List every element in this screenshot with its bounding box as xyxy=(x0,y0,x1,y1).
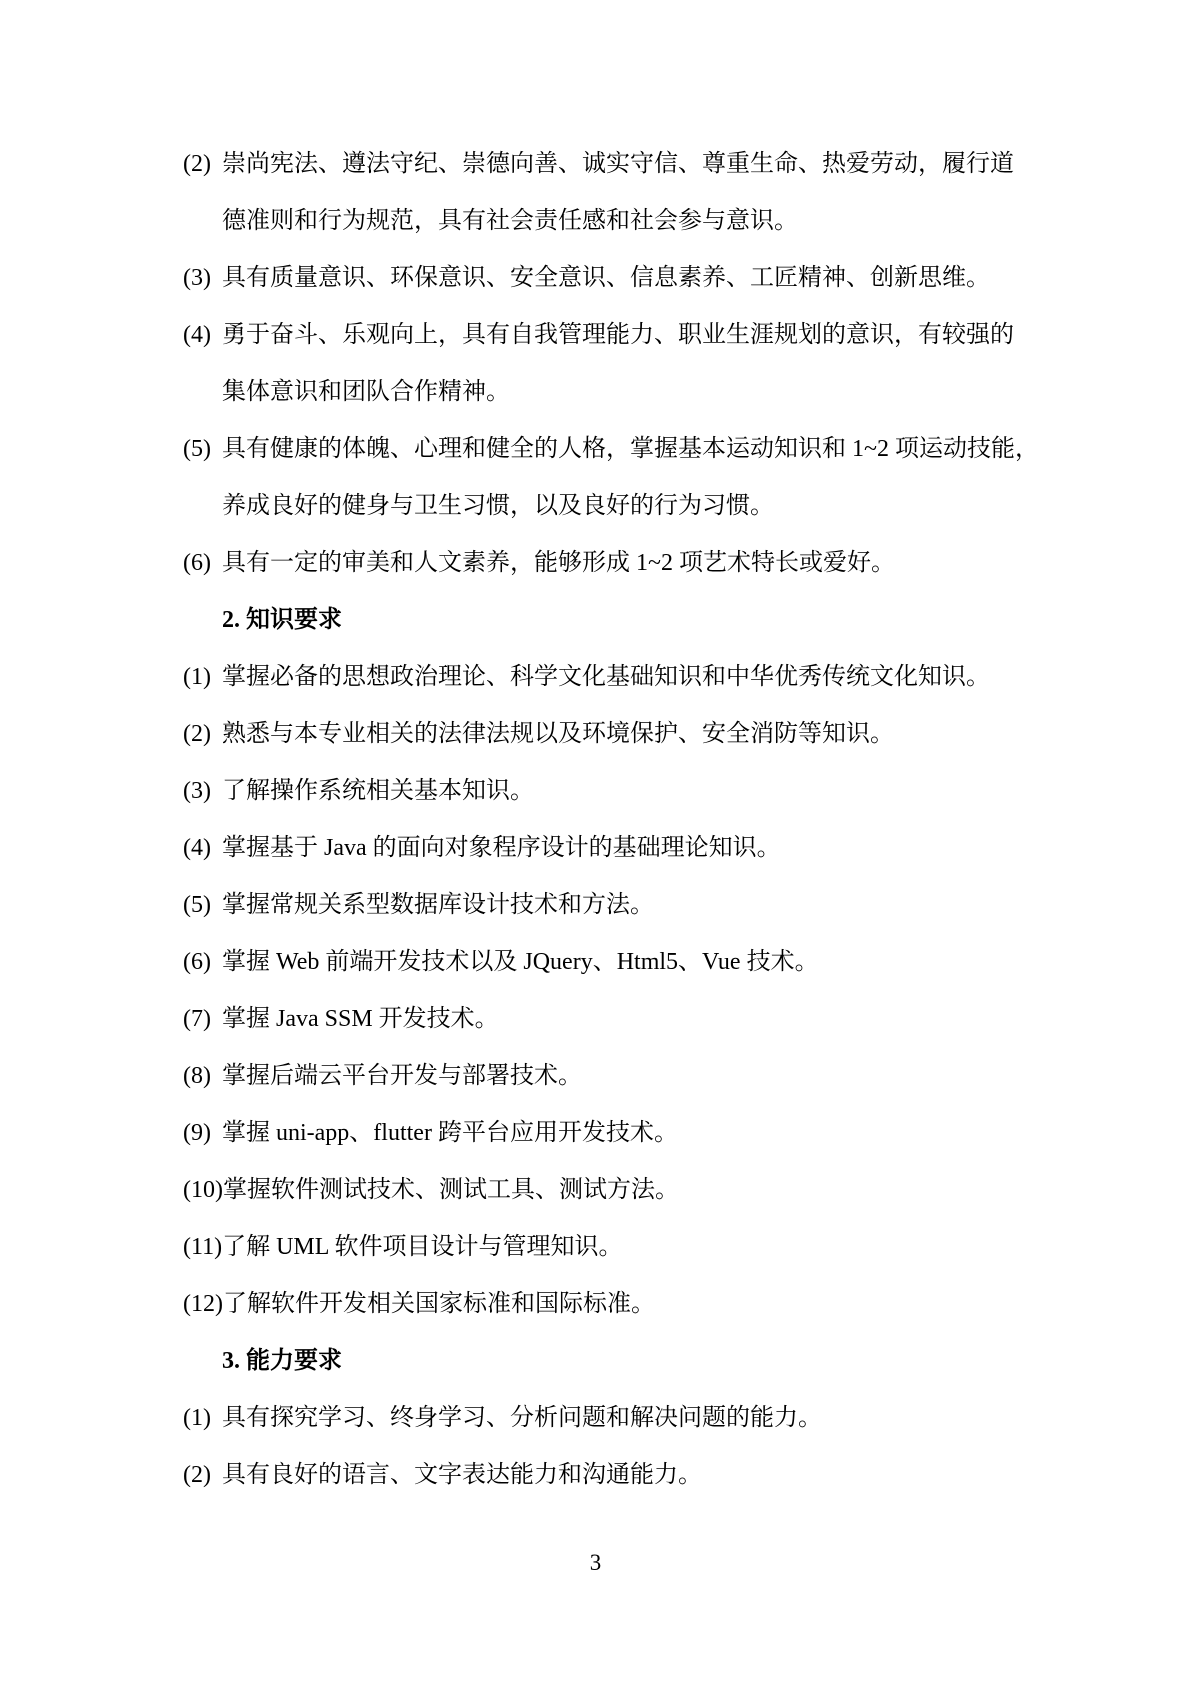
item-number: (2) xyxy=(183,706,222,763)
document-page: (2)崇尚宪法、遵法守纪、崇德向善、诚实守信、尊重生命、热爱劳动，履行道 德准则… xyxy=(0,0,1191,1684)
section-heading: 3. 能力要求 xyxy=(183,1333,1010,1390)
list-item: (6)具有一定的审美和人文素养，能够形成 1~2 项艺术特长或爱好。 xyxy=(183,535,1010,592)
item-number: (2) xyxy=(183,136,222,193)
item-text: 掌握 Java SSM 开发技术。 xyxy=(222,1006,499,1032)
list-item: (2)熟悉与本专业相关的法律法规以及环境保护、安全消防等知识。 xyxy=(183,706,1010,763)
item-number: (2) xyxy=(183,1447,222,1504)
item-number: (5) xyxy=(183,421,222,478)
list-item: (3)具有质量意识、环保意识、安全意识、信息素养、工匠精神、创新思维。 xyxy=(183,250,1010,307)
list-item: (6)掌握 Web 前端开发技术以及 JQuery、Html5、Vue 技术。 xyxy=(183,934,1010,991)
section: (2)崇尚宪法、遵法守纪、崇德向善、诚实守信、尊重生命、热爱劳动，履行道 德准则… xyxy=(183,136,1010,592)
document-content: (2)崇尚宪法、遵法守纪、崇德向善、诚实守信、尊重生命、热爱劳动，履行道 德准则… xyxy=(183,136,1010,1504)
list-item: (5)掌握常规关系型数据库设计技术和方法。 xyxy=(183,877,1010,934)
list-item: (10)掌握软件测试技术、测试工具、测试方法。 xyxy=(183,1162,1010,1219)
item-text: 掌握后端云平台开发与部署技术。 xyxy=(222,1063,582,1089)
section: 2. 知识要求 (1)掌握必备的思想政治理论、科学文化基础知识和中华优秀传统文化… xyxy=(183,592,1010,1333)
list-item: (2)崇尚宪法、遵法守纪、崇德向善、诚实守信、尊重生命、热爱劳动，履行道 德准则… xyxy=(183,136,1010,250)
list-item: (1)掌握必备的思想政治理论、科学文化基础知识和中华优秀传统文化知识。 xyxy=(183,649,1010,706)
item-text: 掌握常规关系型数据库设计技术和方法。 xyxy=(222,892,654,918)
item-text: 熟悉与本专业相关的法律法规以及环境保护、安全消防等知识。 xyxy=(222,721,894,747)
item-line: (11)了解 UML 软件项目设计与管理知识。 xyxy=(183,1219,1010,1276)
item-line: (4)勇于奋斗、乐观向上，具有自我管理能力、职业生涯规划的意识，有较强的 xyxy=(183,307,1010,364)
item-number: (3) xyxy=(183,250,222,307)
item-number: (9) xyxy=(183,1105,222,1162)
item-line: (5)具有健康的体魄、心理和健全的人格，掌握基本运动知识和 1~2 项运动技能， xyxy=(183,421,1010,478)
item-line: (7)掌握 Java SSM 开发技术。 xyxy=(183,991,1010,1048)
item-line: (6)具有一定的审美和人文素养，能够形成 1~2 项艺术特长或爱好。 xyxy=(183,535,1010,592)
item-number: (4) xyxy=(183,820,222,877)
item-line: (2)熟悉与本专业相关的法律法规以及环境保护、安全消防等知识。 xyxy=(183,706,1010,763)
item-line: (6)掌握 Web 前端开发技术以及 JQuery、Html5、Vue 技术。 xyxy=(183,934,1010,991)
item-line: (4)掌握基于 Java 的面向对象程序设计的基础理论知识。 xyxy=(183,820,1010,877)
list-item: (9)掌握 uni-app、flutter 跨平台应用开发技术。 xyxy=(183,1105,1010,1162)
item-line: 德准则和行为规范，具有社会责任感和社会参与意识。 xyxy=(183,193,1010,250)
item-text: 了解软件开发相关国家标准和国际标准。 xyxy=(223,1291,655,1317)
item-text: 具有探究学习、终身学习、分析问题和解决问题的能力。 xyxy=(222,1405,822,1431)
item-line: (2)崇尚宪法、遵法守纪、崇德向善、诚实守信、尊重生命、热爱劳动，履行道 xyxy=(183,136,1010,193)
list-item: (7)掌握 Java SSM 开发技术。 xyxy=(183,991,1010,1048)
item-text: 具有健康的体魄、心理和健全的人格，掌握基本运动知识和 1~2 项运动技能， xyxy=(222,436,1039,462)
item-text: 了解 UML 软件项目设计与管理知识。 xyxy=(222,1234,622,1260)
item-text: 掌握软件测试技术、测试工具、测试方法。 xyxy=(223,1177,679,1203)
item-number: (7) xyxy=(183,991,222,1048)
list-item: (5)具有健康的体魄、心理和健全的人格，掌握基本运动知识和 1~2 项运动技能，… xyxy=(183,421,1010,535)
item-line: (5)掌握常规关系型数据库设计技术和方法。 xyxy=(183,877,1010,934)
item-number: (12) xyxy=(183,1276,223,1333)
item-line: (1)具有探究学习、终身学习、分析问题和解决问题的能力。 xyxy=(183,1390,1010,1447)
section-heading: 2. 知识要求 xyxy=(183,592,1010,649)
item-line: (1)掌握必备的思想政治理论、科学文化基础知识和中华优秀传统文化知识。 xyxy=(183,649,1010,706)
item-line: (2)具有良好的语言、文字表达能力和沟通能力。 xyxy=(183,1447,1010,1504)
item-text: 勇于奋斗、乐观向上，具有自我管理能力、职业生涯规划的意识，有较强的 xyxy=(222,322,1014,348)
list-item: (8)掌握后端云平台开发与部署技术。 xyxy=(183,1048,1010,1105)
item-text: 崇尚宪法、遵法守纪、崇德向善、诚实守信、尊重生命、热爱劳动，履行道 xyxy=(222,151,1014,177)
item-line: (9)掌握 uni-app、flutter 跨平台应用开发技术。 xyxy=(183,1105,1010,1162)
item-line: 集体意识和团队合作精神。 xyxy=(183,364,1010,421)
item-line: (12)了解软件开发相关国家标准和国际标准。 xyxy=(183,1276,1010,1333)
list-item: (4)勇于奋斗、乐观向上，具有自我管理能力、职业生涯规划的意识，有较强的 集体意… xyxy=(183,307,1010,421)
item-number: (3) xyxy=(183,763,222,820)
item-number: (8) xyxy=(183,1048,222,1105)
item-number: (10) xyxy=(183,1162,223,1219)
item-text: 掌握基于 Java 的面向对象程序设计的基础理论知识。 xyxy=(222,835,781,861)
page-number: 3 xyxy=(0,1548,1191,1578)
list-item: (3)了解操作系统相关基本知识。 xyxy=(183,763,1010,820)
item-number: (1) xyxy=(183,649,222,706)
list-item: (2)具有良好的语言、文字表达能力和沟通能力。 xyxy=(183,1447,1010,1504)
item-number: (6) xyxy=(183,934,222,991)
item-text: 掌握必备的思想政治理论、科学文化基础知识和中华优秀传统文化知识。 xyxy=(222,664,990,690)
item-line: 养成良好的健身与卫生习惯，以及良好的行为习惯。 xyxy=(183,478,1010,535)
section: 3. 能力要求 (1)具有探究学习、终身学习、分析问题和解决问题的能力。 (2)… xyxy=(183,1333,1010,1504)
item-line: (10)掌握软件测试技术、测试工具、测试方法。 xyxy=(183,1162,1010,1219)
item-text: 具有质量意识、环保意识、安全意识、信息素养、工匠精神、创新思维。 xyxy=(222,265,990,291)
item-number: (5) xyxy=(183,877,222,934)
list-item: (11)了解 UML 软件项目设计与管理知识。 xyxy=(183,1219,1010,1276)
item-line: (8)掌握后端云平台开发与部署技术。 xyxy=(183,1048,1010,1105)
list-item: (4)掌握基于 Java 的面向对象程序设计的基础理论知识。 xyxy=(183,820,1010,877)
item-line: (3)了解操作系统相关基本知识。 xyxy=(183,763,1010,820)
item-text: 具有一定的审美和人文素养，能够形成 1~2 项艺术特长或爱好。 xyxy=(222,550,895,576)
item-text: 掌握 Web 前端开发技术以及 JQuery、Html5、Vue 技术。 xyxy=(222,949,819,975)
item-number: (1) xyxy=(183,1390,222,1447)
item-number: (4) xyxy=(183,307,222,364)
item-text: 掌握 uni-app、flutter 跨平台应用开发技术。 xyxy=(222,1120,678,1146)
list-item: (1)具有探究学习、终身学习、分析问题和解决问题的能力。 xyxy=(183,1390,1010,1447)
item-text: 具有良好的语言、文字表达能力和沟通能力。 xyxy=(222,1462,702,1488)
item-text: 了解操作系统相关基本知识。 xyxy=(222,778,534,804)
item-number: (11) xyxy=(183,1219,222,1276)
item-line: (3)具有质量意识、环保意识、安全意识、信息素养、工匠精神、创新思维。 xyxy=(183,250,1010,307)
item-number: (6) xyxy=(183,535,222,592)
list-item: (12)了解软件开发相关国家标准和国际标准。 xyxy=(183,1276,1010,1333)
